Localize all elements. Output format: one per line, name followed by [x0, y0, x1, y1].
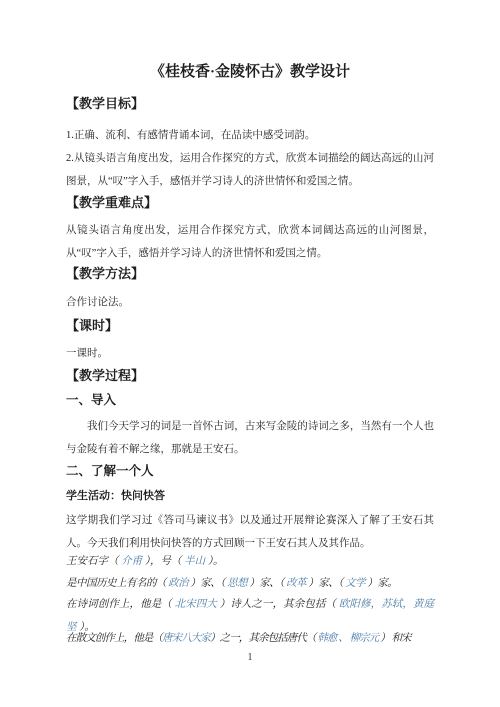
- quiz-text: ） 和宋: [378, 633, 410, 644]
- quiz-line-4: 在散文创作上，他是（唐宋八大家）之一，其余包括唐代（ 韩愈 、 柳宗元 ） 和宋: [66, 628, 434, 651]
- heading-student-activity: 学生活动：快问快答: [66, 489, 434, 503]
- quiz-answer: 韩愈 、 柳宗元: [317, 633, 378, 644]
- document-page: 《桂枝香·金陵怀古》教学设计 【教学目标】 1.正确、流利、有感情背诵本词，在品…: [0, 0, 500, 707]
- quiz-text: ）之一，其余包括唐代（: [210, 633, 317, 644]
- quiz-answer: 文学: [345, 578, 365, 589]
- heading-duration: 【课时】: [66, 318, 434, 334]
- quiz-text: ）诗人之一，其余包括（: [217, 599, 339, 610]
- quiz-text: ）家、（: [306, 578, 345, 589]
- quiz-text: 王安石字（: [66, 556, 121, 567]
- quiz-answer: 政治: [168, 578, 188, 589]
- heading-key-points: 【教学重难点】: [66, 195, 434, 211]
- paragraph-part1: 我们今天学习的词是一首怀古词，古来写金陵的诗词之多，当然有一个人也与金陵有着不解…: [66, 416, 434, 461]
- document-title: 《桂枝香·金陵怀古》教学设计: [66, 62, 434, 82]
- heading-part2-person: 二、了解一个人: [66, 464, 434, 479]
- heading-methods: 【教学方法】: [66, 266, 434, 282]
- quiz-answer: 思想: [227, 578, 247, 589]
- quiz-text: ）家。: [365, 578, 397, 589]
- quiz-line-2: 是中国历史上有名的（ 政治 ）家、（ 思想 ）家、（ 改革 ）家、（ 文学 ）家…: [66, 573, 434, 596]
- paragraph-duration: 一课时。: [66, 343, 434, 366]
- quiz-answer: 改革: [286, 578, 306, 589]
- quiz-text: 在诗词创作上，他是（: [66, 599, 175, 610]
- heading-process: 【教学过程】: [66, 368, 434, 384]
- paragraph-key-points: 从镜头语言角度出发，运用合作探究方式，欣赏本词阔达高远的山河图景，从“叹”字入手…: [66, 220, 434, 265]
- quiz-text: ），号（: [142, 556, 184, 567]
- quiz-text: ）家、（: [188, 578, 227, 589]
- quiz-line-1: 王安石字（ 介甫 ），号（ 半山 ）。: [66, 551, 434, 574]
- heading-part1-intro: 一、导入: [66, 393, 434, 408]
- quiz-answer: 半山: [184, 556, 205, 567]
- quiz-text: 是中国历史上有名的（: [66, 578, 168, 589]
- paragraph-activity-intro: 这学期我们学习过《答司马谏议书》以及通过开展辩论赛深入了解了王安石其人。今天我们…: [66, 510, 434, 555]
- quiz-text: 在散文创作上，他是（: [66, 633, 162, 644]
- heading-objectives: 【教学目标】: [66, 96, 434, 112]
- quiz-answer: 介甫: [121, 556, 142, 567]
- quiz-text: ）。: [205, 556, 223, 567]
- paragraph-objective-1: 1.正确、流利、有感情背诵本词，在品读中感受词韵。: [66, 125, 434, 148]
- quiz-answer: 唐宋八大家: [162, 633, 210, 644]
- quiz-answer: 北宋四大: [175, 599, 217, 610]
- page-number: 1: [66, 652, 434, 664]
- paragraph-methods: 合作讨论法。: [66, 292, 434, 315]
- paragraph-objective-2: 2.从镜头语言角度出发，运用合作探究的方式，欣赏本词描绘的阔达高远的山河图景，从…: [66, 148, 434, 193]
- quiz-text: ）家、（: [247, 578, 286, 589]
